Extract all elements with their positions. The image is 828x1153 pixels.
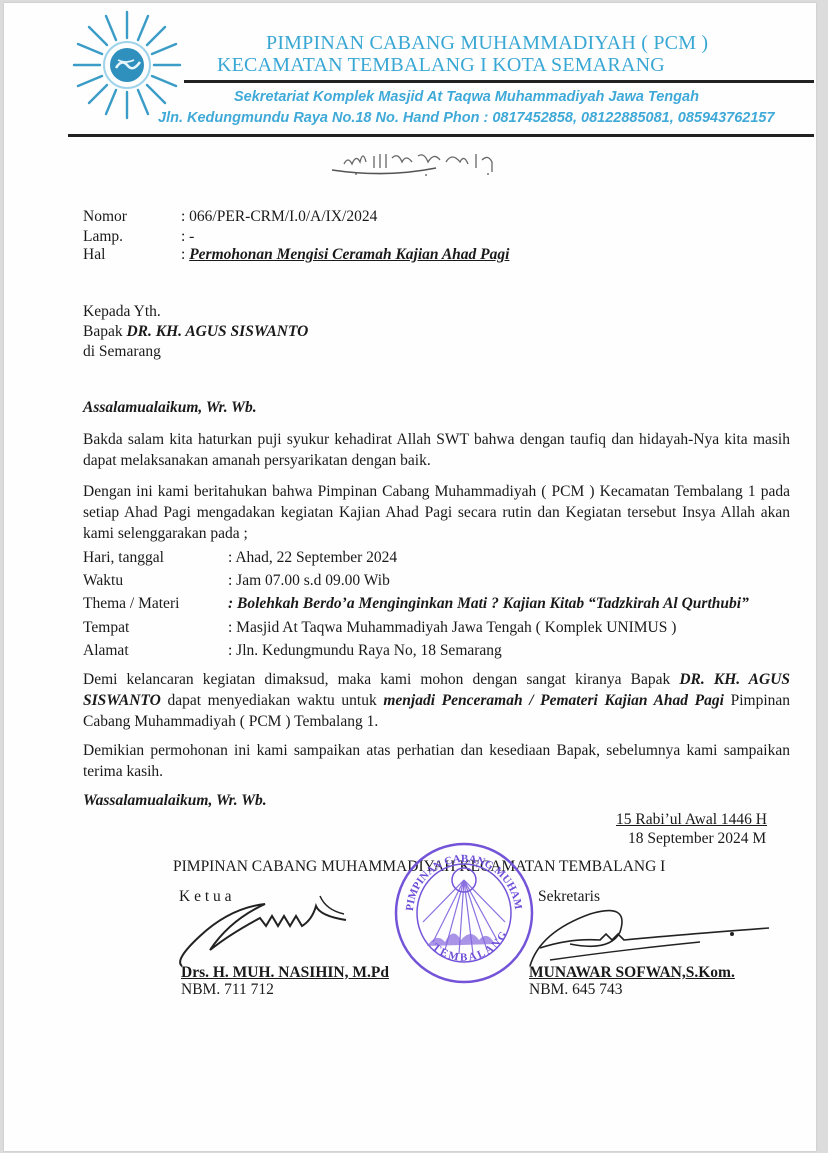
hal-label: Hal	[83, 245, 105, 265]
detail-value: : Masjid At Taqwa Muhammadiyah Jawa Teng…	[228, 618, 676, 638]
recipient-location: di Semarang	[83, 342, 161, 362]
recipient-salutation: Kepada Yth.	[83, 302, 161, 322]
chair-signature-icon	[170, 890, 380, 970]
letterhead-divider-top	[184, 80, 814, 83]
chair-nbm: NBM. 711 712	[181, 980, 274, 1000]
detail-label: Hari, tanggal	[83, 548, 164, 568]
detail-value: : Bolehkah Berdo’a Menginginkan Mati ? K…	[228, 594, 749, 614]
lamp-label: Lamp.	[83, 227, 123, 247]
request-text-a: Demi kelancaran kegiatan dimaksud, maka …	[83, 671, 679, 688]
request-role: menjadi Penceramah / Pemateri Kajian Aha…	[383, 692, 724, 709]
detail-value: : Jln. Kedungmundu Raya No, 18 Semarang	[228, 641, 502, 661]
recipient-name: DR. KH. AGUS SISWANTO	[126, 323, 308, 340]
address-phone-line: Jln. Kedungmundu Raya No.18 No. Hand Pho…	[158, 110, 775, 126]
nomor-label: Nomor	[83, 207, 127, 227]
paragraph-announcement: Dengan ini kami beritahukan bahwa Pimpin…	[83, 481, 790, 544]
org-title-line1: PIMPINAN CABANG MUHAMMADIYAH ( PCM )	[266, 32, 708, 55]
secretary-nbm: NBM. 645 743	[529, 980, 622, 1000]
paragraph-request: Demi kelancaran kegiatan dimaksud, maka …	[83, 669, 790, 732]
muhammadiyah-sun-logo-icon	[72, 10, 182, 120]
nomor-value: : 066/PER-CRM/I.0/A/IX/2024	[181, 207, 377, 227]
recipient-honorific: Bapak	[83, 323, 126, 340]
detail-value: : Ahad, 22 September 2024	[228, 548, 397, 568]
letterhead-divider-bottom	[68, 134, 814, 137]
hijri-date: 15 Rabi’ul Awal 1446 H	[616, 810, 767, 830]
gregorian-date: 18 September 2024 M	[628, 829, 766, 849]
request-text-b: dapat menyediakan waktu untuk	[161, 692, 384, 709]
closing-greeting: Wassalamualaikum, Wr. Wb.	[83, 791, 267, 811]
paragraph-opening: Bakda salam kita haturkan puji syukur ke…	[83, 429, 790, 471]
hal-field: : Permohonan Mengisi Ceramah Kajian Ahad…	[181, 245, 509, 265]
detail-label: Alamat	[83, 641, 129, 661]
subject-value: Permohonan Mengisi Ceramah Kajian Ahad P…	[189, 246, 509, 263]
greeting: Assalamualaikum, Wr. Wb.	[83, 398, 257, 418]
detail-value: : Jam 07.00 s.d 09.00 Wib	[228, 571, 390, 591]
detail-label: Thema / Materi	[83, 594, 179, 614]
paragraph-closing: Demikian permohonan ini kami sampaikan a…	[83, 740, 790, 782]
org-title-line2: KECAMATAN TEMBALANG I KOTA SEMARANG	[217, 54, 665, 77]
detail-label: Tempat	[83, 618, 129, 638]
detail-label: Waktu	[83, 571, 123, 591]
lamp-value: : -	[181, 227, 194, 247]
secretariat-line: Sekretariat Komplek Masjid At Taqwa Muha…	[234, 89, 699, 105]
recipient-name-line: Bapak DR. KH. AGUS SISWANTO	[83, 322, 308, 342]
bismillah-calligraphy-icon	[326, 142, 506, 180]
secretary-signature-icon	[500, 892, 800, 972]
hal-prefix: :	[181, 246, 189, 263]
